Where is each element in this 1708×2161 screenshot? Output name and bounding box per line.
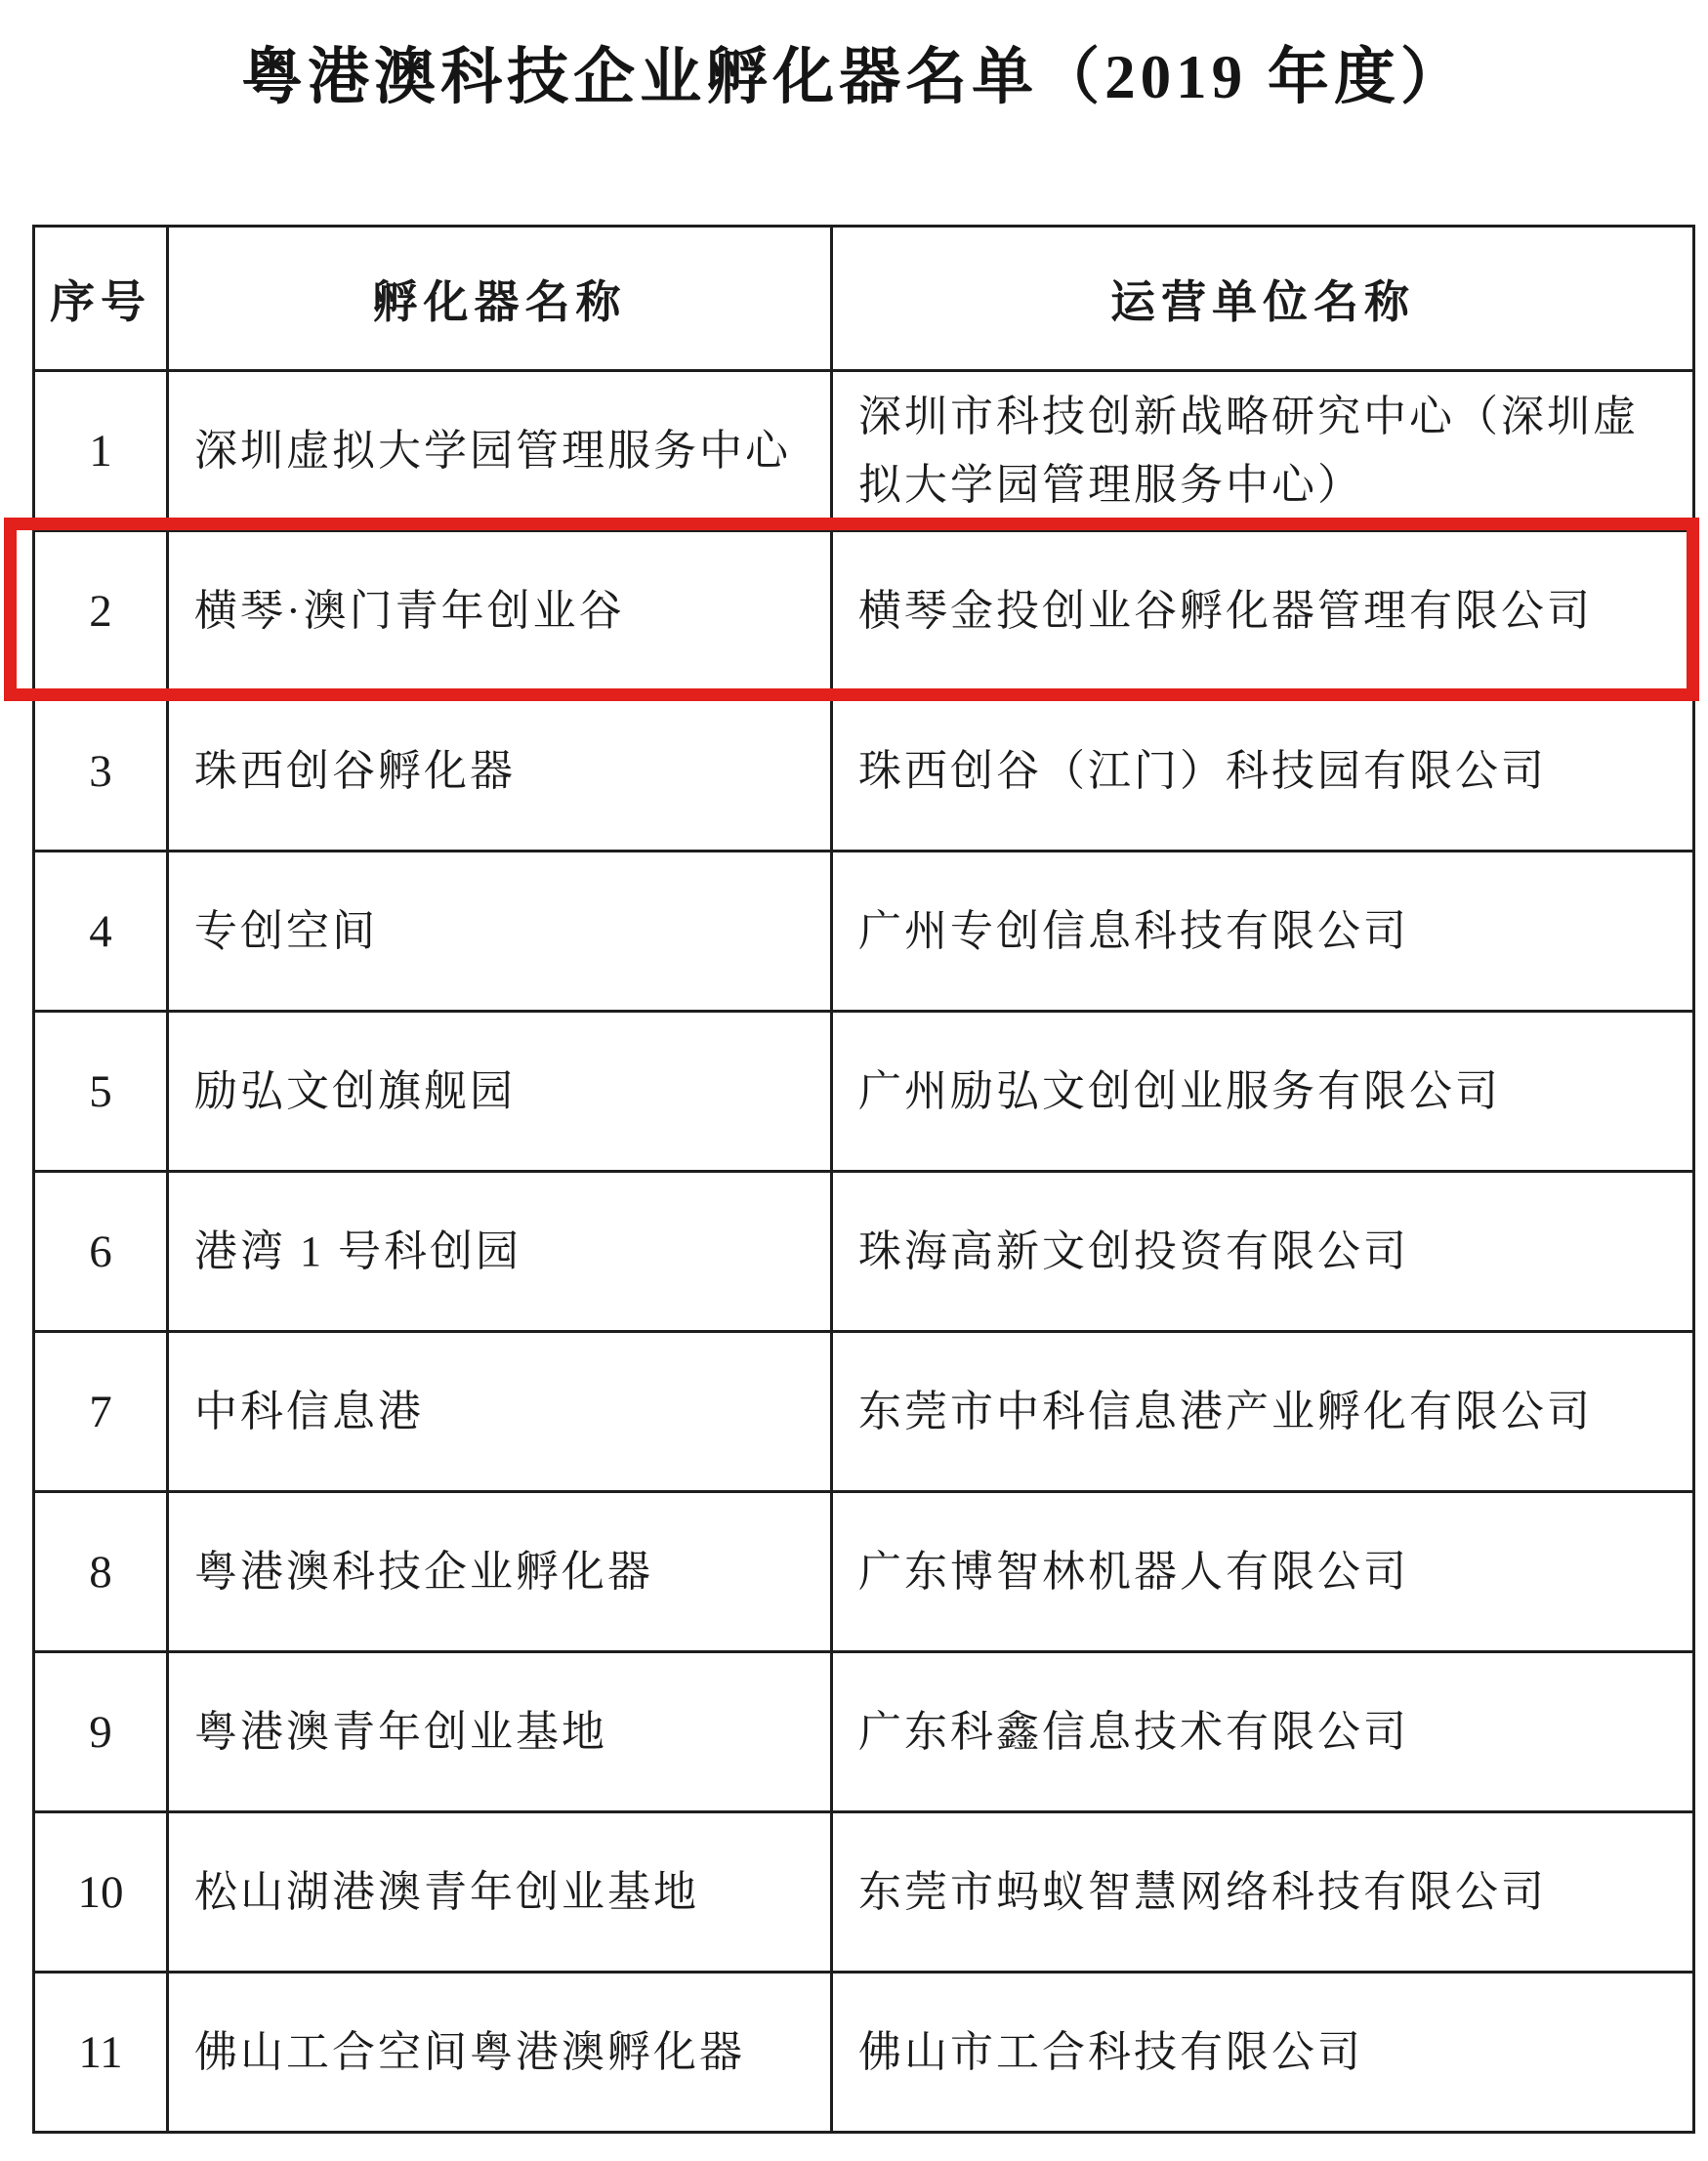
row-number-cell: 9 (34, 1652, 168, 1812)
incubator-name-cell: 粤港澳科技企业孵化器 (168, 1492, 832, 1652)
row-number-cell: 5 (34, 1012, 168, 1172)
row-number-cell: 7 (34, 1332, 168, 1492)
table-row: 3 珠西创谷孵化器 珠西创谷（江门）科技园有限公司 (34, 691, 1694, 852)
row-number-cell: 6 (34, 1172, 168, 1332)
operator-name-cell: 广州励弘文创创业服务有限公司 (832, 1012, 1694, 1172)
table-row: 5 励弘文创旗舰园 广州励弘文创创业服务有限公司 (34, 1012, 1694, 1172)
table-row: 4 专创空间 广州专创信息科技有限公司 (34, 852, 1694, 1012)
page-title: 粤港澳科技企业孵化器名单（2019 年度） (0, 27, 1708, 116)
table-row: 7 中科信息港 东莞市中科信息港产业孵化有限公司 (34, 1332, 1694, 1492)
operator-name-cell: 东莞市蚂蚁智慧网络科技有限公司 (832, 1812, 1694, 1973)
table-row: 10 松山湖港澳青年创业基地 东莞市蚂蚁智慧网络科技有限公司 (34, 1812, 1694, 1973)
incubator-name-cell: 专创空间 (168, 852, 832, 1012)
table-row: 6 港湾 1 号科创园 珠海高新文创投资有限公司 (34, 1172, 1694, 1332)
incubator-table: 序号 孵化器名称 运营单位名称 1 深圳虚拟大学园管理服务中心 深圳市科技创新战… (32, 225, 1695, 2134)
operator-name-cell: 广州专创信息科技有限公司 (832, 852, 1694, 1012)
operator-name-cell: 佛山市工合科技有限公司 (832, 1973, 1694, 2133)
row-number-cell: 8 (34, 1492, 168, 1652)
operator-name-cell: 东莞市中科信息港产业孵化有限公司 (832, 1332, 1694, 1492)
incubator-name-cell: 励弘文创旗舰园 (168, 1012, 832, 1172)
table-row: 8 粤港澳科技企业孵化器 广东博智林机器人有限公司 (34, 1492, 1694, 1652)
header-cell-serial-no: 序号 (34, 227, 168, 371)
incubator-name-cell: 港湾 1 号科创园 (168, 1172, 832, 1332)
table-row: 11 佛山工合空间粤港澳孵化器 佛山市工合科技有限公司 (34, 1973, 1694, 2133)
row-number-cell: 11 (34, 1973, 168, 2133)
incubator-name-cell: 珠西创谷孵化器 (168, 691, 832, 852)
operator-name-cell: 广东博智林机器人有限公司 (832, 1492, 1694, 1652)
operator-name-cell: 广东科鑫信息技术有限公司 (832, 1652, 1694, 1812)
document-page: 粤港澳科技企业孵化器名单（2019 年度） 序号 孵化器名称 运营单位名称 1 … (0, 0, 1708, 2161)
table-row-highlighted: 2 横琴·澳门青年创业谷 横琴金投创业谷孵化器管理有限公司 (34, 531, 1694, 691)
operator-name-cell: 珠西创谷（江门）科技园有限公司 (832, 691, 1694, 852)
table-row: 9 粤港澳青年创业基地 广东科鑫信息技术有限公司 (34, 1652, 1694, 1812)
incubator-name-cell: 松山湖港澳青年创业基地 (168, 1812, 832, 1973)
header-cell-operator-name: 运营单位名称 (832, 227, 1694, 371)
incubator-name-cell: 粤港澳青年创业基地 (168, 1652, 832, 1812)
row-number-cell: 2 (34, 531, 168, 691)
table-header-row: 序号 孵化器名称 运营单位名称 (34, 227, 1694, 371)
incubator-name-cell: 佛山工合空间粤港澳孵化器 (168, 1973, 832, 2133)
operator-name-cell: 深圳市科技创新战略研究中心（深圳虚拟大学园管理服务中心） (832, 371, 1694, 531)
incubator-name-cell: 横琴·澳门青年创业谷 (168, 531, 832, 691)
row-number-cell: 3 (34, 691, 168, 852)
header-cell-incubator-name: 孵化器名称 (168, 227, 832, 371)
operator-name-cell: 珠海高新文创投资有限公司 (832, 1172, 1694, 1332)
row-number-cell: 10 (34, 1812, 168, 1973)
table-row: 1 深圳虚拟大学园管理服务中心 深圳市科技创新战略研究中心（深圳虚拟大学园管理服… (34, 371, 1694, 531)
incubator-name-cell: 深圳虚拟大学园管理服务中心 (168, 371, 832, 531)
row-number-cell: 1 (34, 371, 168, 531)
operator-name-cell: 横琴金投创业谷孵化器管理有限公司 (832, 531, 1694, 691)
incubator-name-cell: 中科信息港 (168, 1332, 832, 1492)
row-number-cell: 4 (34, 852, 168, 1012)
